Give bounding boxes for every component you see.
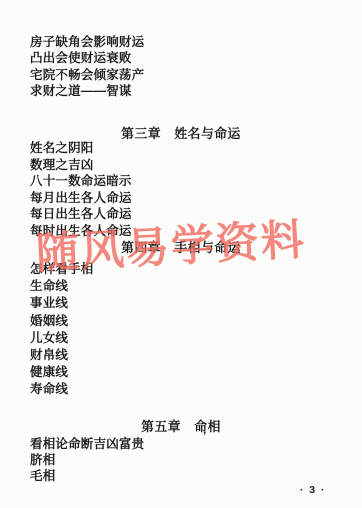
toc-item: 每日出生各人命运	[30, 206, 132, 223]
chapter-4-list: 怎样看手相生命线事业线婚姻线儿女线财帛线健康线寿命线	[30, 261, 94, 399]
toc-item: 每月出生各人命运	[30, 190, 132, 207]
page-number: · 3 ·	[300, 484, 326, 496]
chapter-5-heading: 第五章 命相	[0, 416, 362, 435]
toc-item: 儿女线	[30, 330, 94, 347]
toc-item: 怎样看手相	[30, 261, 94, 278]
toc-item: 求财之道——智谋	[30, 83, 144, 99]
toc-item: 看相论命断吉凶富贵	[30, 436, 144, 452]
toc-intro-list: 房子缺角会影响财运凸出会使财运衰败宅院不畅会倾家荡产求财之道——智谋	[30, 34, 144, 100]
toc-item: 宅院不畅会倾家荡产	[30, 67, 144, 83]
toc-item: 八十一数命运暗示	[30, 173, 132, 190]
toc-item: 姓名之阴阳	[30, 140, 132, 157]
toc-item: 事业线	[30, 295, 94, 312]
toc-item: 凸出会使财运衰败	[30, 50, 144, 66]
chapter-4-heading: 第四章 手相与命运	[0, 237, 362, 256]
toc-item: 毛相	[30, 468, 144, 484]
toc-item: 财帛线	[30, 347, 94, 364]
chapter-3-list: 姓名之阴阳数理之吉凶八十一数命运暗示每月出生各人命运每日出生各人命运每时出生各人…	[30, 140, 132, 239]
toc-item: 健康线	[30, 364, 94, 381]
toc-item: 生命线	[30, 278, 94, 295]
toc-item: 房子缺角会影响财运	[30, 34, 144, 50]
print-artifact-mark: ’	[203, 429, 206, 443]
book-page: 房子缺角会影响财运凸出会使财运衰败宅院不畅会倾家荡产求财之道——智谋 第三章 姓…	[0, 0, 362, 508]
toc-item: 脐相	[30, 452, 144, 468]
toc-item: 数理之吉凶	[30, 157, 132, 174]
toc-item: 寿命线	[30, 381, 94, 398]
toc-item: 婚姻线	[30, 313, 94, 330]
chapter-5-list: 看相论命断吉凶富贵脐相毛相	[30, 436, 144, 485]
